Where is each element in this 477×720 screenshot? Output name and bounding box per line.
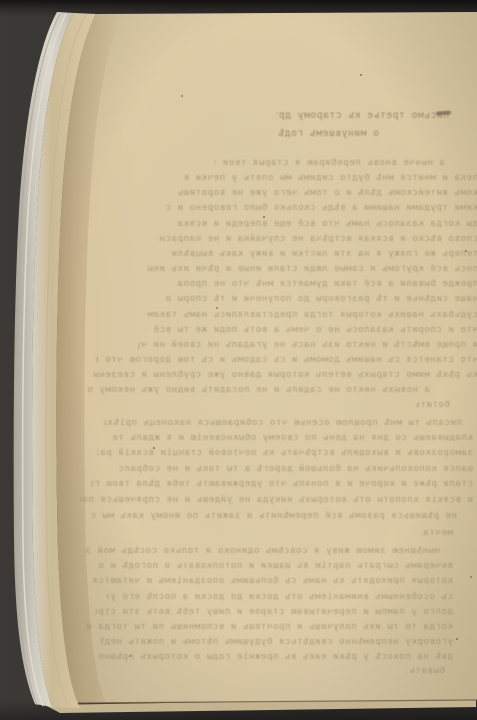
bleedthrough-line: бывать.	[399, 666, 445, 677]
bleedthrough-line: долго у лампы и перечитываю старое и пиш…	[95, 607, 453, 618]
bleedthrough-line: шался колокольчикъ на большой дорогѣ а т…	[117, 464, 473, 475]
bleedthrough-line: вечерамъ сыграть партію въ шашки и потол…	[99, 561, 453, 572]
bleedthrough-line: двѣ на покосѣ у рѣки какъ въ прежніе год…	[94, 652, 453, 663]
bleedthrough-line: съ особеннымъ вниманіемъ отъ доски до до…	[107, 592, 453, 603]
bleedthrough-line: ботиться.	[416, 400, 450, 411]
ink-speck	[456, 638, 458, 640]
bleedthrough-line: ды когда казалось намъ что всё еще впере…	[176, 219, 477, 230]
ink-speck	[263, 216, 265, 218]
bleedthrough-line: теперь же гляжу я на эти листки и вижу к…	[168, 249, 477, 260]
bleedthrough-line: что и спорить казалось не о чемъ а вотъ …	[146, 325, 477, 336]
bleedthrough-line: наше сидѣнье и тѣ разговоры до полуночи …	[158, 294, 477, 305]
bleedthrough-line: лека и мнится мнѣ будто сидимъ мы опять …	[185, 173, 477, 184]
ink-speck	[360, 74, 362, 76]
bleedthrough-heading-line: о минувшемъ годѣ	[279, 128, 379, 139]
ink-speck	[465, 250, 467, 252]
ink-speck	[216, 307, 218, 309]
bleedthrough-line: и проще вмѣстѣ и никто изъ насъ не угада…	[138, 340, 477, 351]
bleedthrough-line: а нынче вновь перебираю я старыя твои пи…	[215, 158, 445, 169]
bleedthrough-line: уговорку непремѣнно свидѣться будущимъ л…	[101, 637, 453, 648]
bleedthrough-line: кладываешь со дня на день по своему обык…	[112, 433, 473, 444]
bleedthrough-heading-line: письмо третье къ старому другу	[277, 110, 449, 121]
bleedthrough-line: лось всё кругомъ и самые люди стали иные…	[148, 264, 477, 275]
bleedthrough-line: писалъ ты мнѣ прошлою осенью что собирае…	[104, 418, 462, 429]
ink-speck	[153, 447, 155, 449]
bleedthrough-line: прежде бывали а всё таки думается мнѣ чт…	[176, 279, 477, 290]
bleedthrough-line: кими трудами нашими а вѣдь сколько было …	[165, 203, 477, 214]
bleedthrough-line: слово вѣско и всякая встрѣча не случайна…	[158, 234, 477, 245]
bleedthrough-text-layer: письмо третье къ старому другуо минувшем…	[0, 0, 477, 720]
ink-speck	[129, 655, 131, 657]
bleedthrough-line: комъ житейскомъ дѣлѣ и о томъ чего уже н…	[175, 188, 477, 199]
bleedthrough-line: когда то ты ихъ получишь и прочтешь и вс…	[87, 622, 453, 633]
ink-speck	[470, 576, 472, 578]
bleedthrough-line: не рѣшишься разомъ всё перемѣнить и зажи…	[92, 511, 457, 522]
bleedthrough-line: а новыхъ никто не садилъ и не посадитъ в…	[87, 385, 430, 396]
bleedthrough-line: судьбахъ нашихъ которыя тогда представля…	[148, 310, 477, 321]
bleedthrough-line: мечтали.	[422, 528, 453, 539]
bleedthrough-line: заморозковъ и выходилъ встрѣчать къ почт…	[97, 448, 473, 459]
bleedthrough-line: и всякія хлопоты отъ которыхъ никуда не …	[80, 495, 473, 506]
bleedthrough-line: которыя приходятъ къ намъ съ большимъ оп…	[91, 576, 453, 587]
scanned-book-page-photo: письмо третье къ старому другуо минувшем…	[0, 0, 477, 720]
bleedthrough-line: что станется съ нашимъ домомъ и съ садом…	[96, 355, 477, 366]
bleedthrough-line: къ рѣкѣ мимо старыхъ ветелъ которыя давн…	[86, 370, 477, 381]
bleedthrough-line: нынѣшнею зимою живу я совсѣмъ одиноко и …	[84, 546, 440, 557]
ink-speck	[181, 95, 183, 97]
bleedthrough-line: стали рѣже и короче и я понялъ что удерж…	[91, 479, 473, 490]
